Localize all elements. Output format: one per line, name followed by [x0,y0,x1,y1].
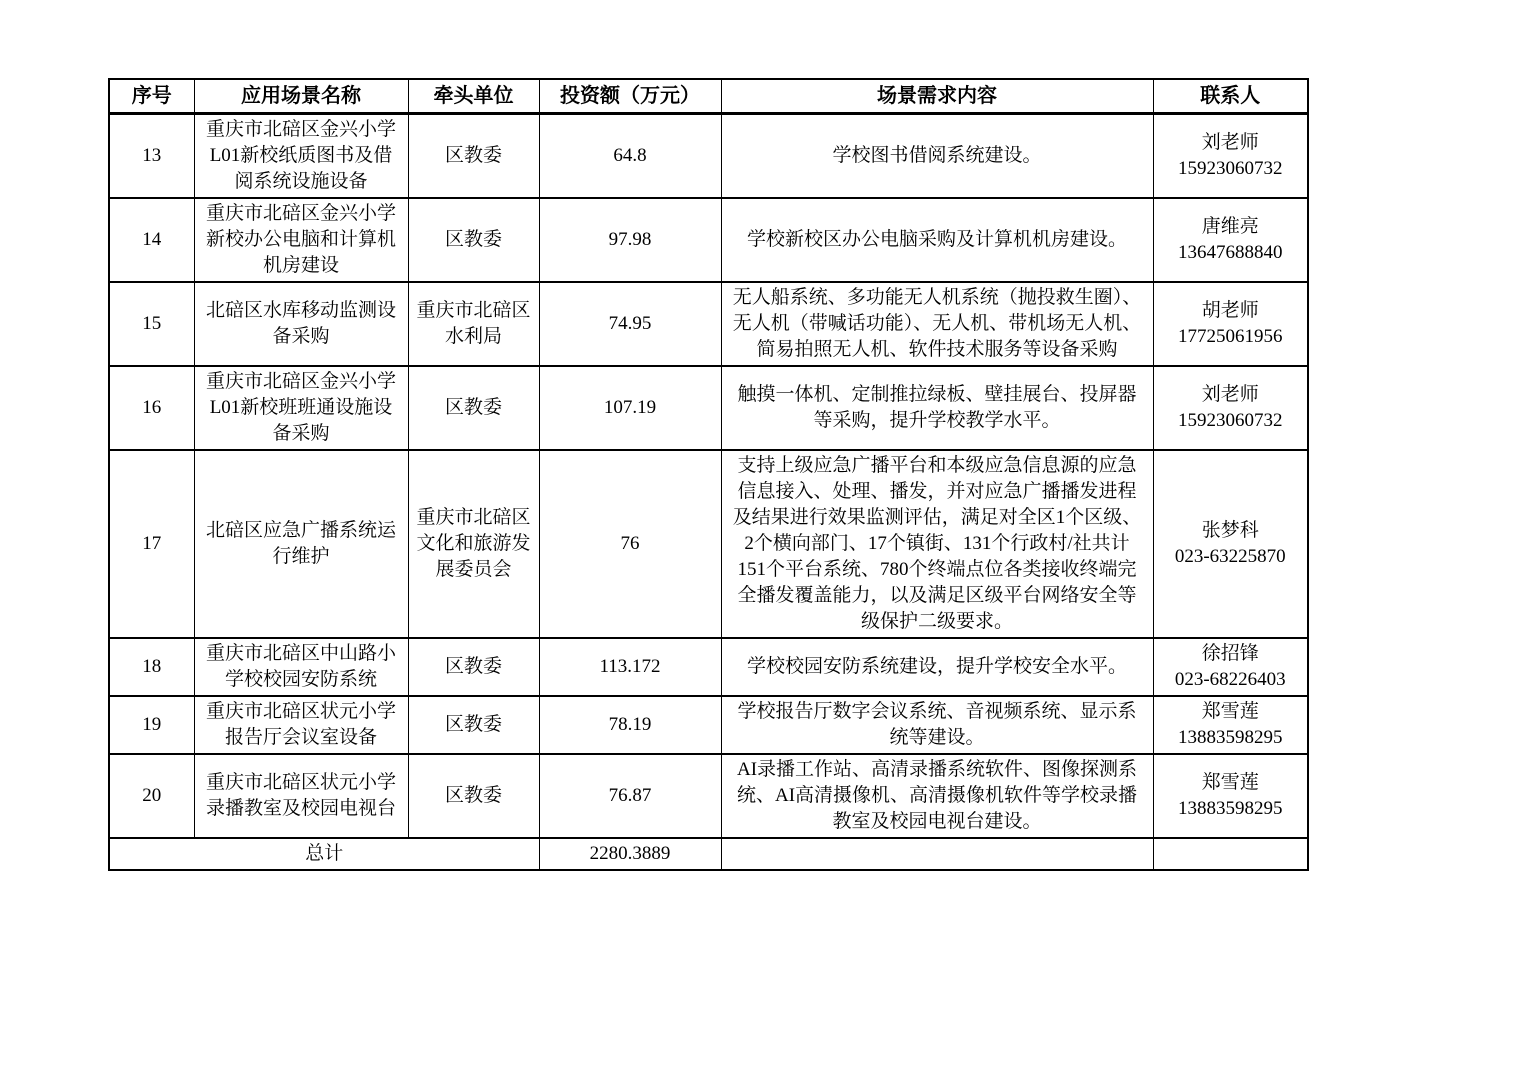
table-row: 17 北碚区应急广播系统运行维护 重庆市北碚区文化和旅游发展委员会 76 支持上… [109,450,1308,638]
cell-investment: 113.172 [539,638,721,696]
cell-requirement: 触摸一体机、定制推拉绿板、壁挂展台、投屏器等采购，提升学校教学水平。 [721,366,1153,450]
investment-scenario-table: 序号 应用场景名称 牵头单位 投资额（万元） 场景需求内容 联系人 13 重庆市… [108,78,1309,871]
cell-contact: 郑雪莲 13883598295 [1153,754,1308,838]
cell-lead-unit: 重庆市北碚区水利局 [408,282,539,366]
contact-phone: 023-63225870 [1162,544,1300,570]
table-footer-row: 总计 2280.3889 [109,838,1308,870]
contact-phone: 15923060732 [1162,156,1300,182]
table-row: 19 重庆市北碚区状元小学报告厅会议室设备 区教委 78.19 学校报告厅数字会… [109,696,1308,754]
contact-name: 刘老师 [1162,382,1300,408]
cell-contact: 胡老师 17725061956 [1153,282,1308,366]
cell-lead-unit: 区教委 [408,638,539,696]
contact-phone: 17725061956 [1162,324,1300,350]
contact-name: 郑雪莲 [1162,770,1300,796]
cell-lead-unit: 重庆市北碚区文化和旅游发展委员会 [408,450,539,638]
cell-requirement: 支持上级应急广播平台和本级应急信息源的应急信息接入、处理、播发，并对应急广播播发… [721,450,1153,638]
cell-contact: 张梦科 023-63225870 [1153,450,1308,638]
cell-investment: 97.98 [539,198,721,282]
contact-phone: 13883598295 [1162,725,1300,751]
cell-scenario-name: 重庆市北碚区金兴小学新校办公电脑和计算机机房建设 [194,198,408,282]
document-page: 序号 应用场景名称 牵头单位 投资额（万元） 场景需求内容 联系人 13 重庆市… [0,0,1520,1074]
contact-name: 徐招锋 [1162,641,1300,667]
cell-requirement: 学校新校区办公电脑采购及计算机机房建设。 [721,198,1153,282]
cell-index: 18 [109,638,194,696]
cell-contact: 徐招锋 023-68226403 [1153,638,1308,696]
cell-requirement: AI录播工作站、高清录播系统软件、图像探测系统、AI高清摄像机、高清摄像机软件等… [721,754,1153,838]
contact-name: 张梦科 [1162,518,1300,544]
contact-phone: 15923060732 [1162,408,1300,434]
cell-investment: 76.87 [539,754,721,838]
table-header-row: 序号 应用场景名称 牵头单位 投资额（万元） 场景需求内容 联系人 [109,79,1308,113]
header-investment: 投资额（万元） [539,79,721,113]
cell-scenario-name: 北碚区水库移动监测设备采购 [194,282,408,366]
table-row: 15 北碚区水库移动监测设备采购 重庆市北碚区水利局 74.95 无人船系统、多… [109,282,1308,366]
cell-index: 14 [109,198,194,282]
cell-contact: 唐维亮 13647688840 [1153,198,1308,282]
contact-phone: 13883598295 [1162,796,1300,822]
cell-requirement: 无人船系统、多功能无人机系统（抛投救生圈）、无人机（带喊话功能）、无人机、带机场… [721,282,1153,366]
header-contact: 联系人 [1153,79,1308,113]
table-row: 13 重庆市北碚区金兴小学L01新校纸质图书及借阅系统设施设备 区教委 64.8… [109,113,1308,198]
cell-lead-unit: 区教委 [408,198,539,282]
cell-investment: 78.19 [539,696,721,754]
contact-name: 胡老师 [1162,298,1300,324]
header-lead-unit: 牵头单位 [408,79,539,113]
footer-total-label: 总计 [109,838,539,870]
cell-scenario-name: 重庆市北碚区金兴小学L01新校班班通设施设备采购 [194,366,408,450]
cell-scenario-name: 重庆市北碚区状元小学录播教室及校园电视台 [194,754,408,838]
cell-index: 17 [109,450,194,638]
footer-total-value: 2280.3889 [539,838,721,870]
cell-lead-unit: 区教委 [408,754,539,838]
cell-investment: 64.8 [539,113,721,198]
cell-contact: 刘老师 15923060732 [1153,366,1308,450]
cell-scenario-name: 北碚区应急广播系统运行维护 [194,450,408,638]
contact-name: 刘老师 [1162,130,1300,156]
cell-investment: 76 [539,450,721,638]
cell-index: 19 [109,696,194,754]
cell-index: 15 [109,282,194,366]
cell-lead-unit: 区教委 [408,366,539,450]
cell-requirement: 学校校园安防系统建设，提升学校安全水平。 [721,638,1153,696]
header-requirement: 场景需求内容 [721,79,1153,113]
cell-contact: 刘老师 15923060732 [1153,113,1308,198]
cell-scenario-name: 重庆市北碚区金兴小学L01新校纸质图书及借阅系统设施设备 [194,113,408,198]
cell-index: 20 [109,754,194,838]
contact-phone: 13647688840 [1162,240,1300,266]
cell-investment: 107.19 [539,366,721,450]
footer-empty-contact [1153,838,1308,870]
cell-investment: 74.95 [539,282,721,366]
cell-requirement: 学校报告厅数字会议系统、音视频系统、显示系统等建设。 [721,696,1153,754]
cell-scenario-name: 重庆市北碚区中山路小学校校园安防系统 [194,638,408,696]
contact-name: 唐维亮 [1162,214,1300,240]
contact-phone: 023-68226403 [1162,667,1300,693]
table-row: 20 重庆市北碚区状元小学录播教室及校园电视台 区教委 76.87 AI录播工作… [109,754,1308,838]
table-row: 16 重庆市北碚区金兴小学L01新校班班通设施设备采购 区教委 107.19 触… [109,366,1308,450]
header-scenario-name: 应用场景名称 [194,79,408,113]
cell-index: 13 [109,113,194,198]
cell-lead-unit: 区教委 [408,696,539,754]
cell-scenario-name: 重庆市北碚区状元小学报告厅会议室设备 [194,696,408,754]
cell-lead-unit: 区教委 [408,113,539,198]
cell-requirement: 学校图书借阅系统建设。 [721,113,1153,198]
table-row: 14 重庆市北碚区金兴小学新校办公电脑和计算机机房建设 区教委 97.98 学校… [109,198,1308,282]
contact-name: 郑雪莲 [1162,699,1300,725]
footer-empty-requirement [721,838,1153,870]
cell-contact: 郑雪莲 13883598295 [1153,696,1308,754]
cell-index: 16 [109,366,194,450]
table-row: 18 重庆市北碚区中山路小学校校园安防系统 区教委 113.172 学校校园安防… [109,638,1308,696]
header-index: 序号 [109,79,194,113]
